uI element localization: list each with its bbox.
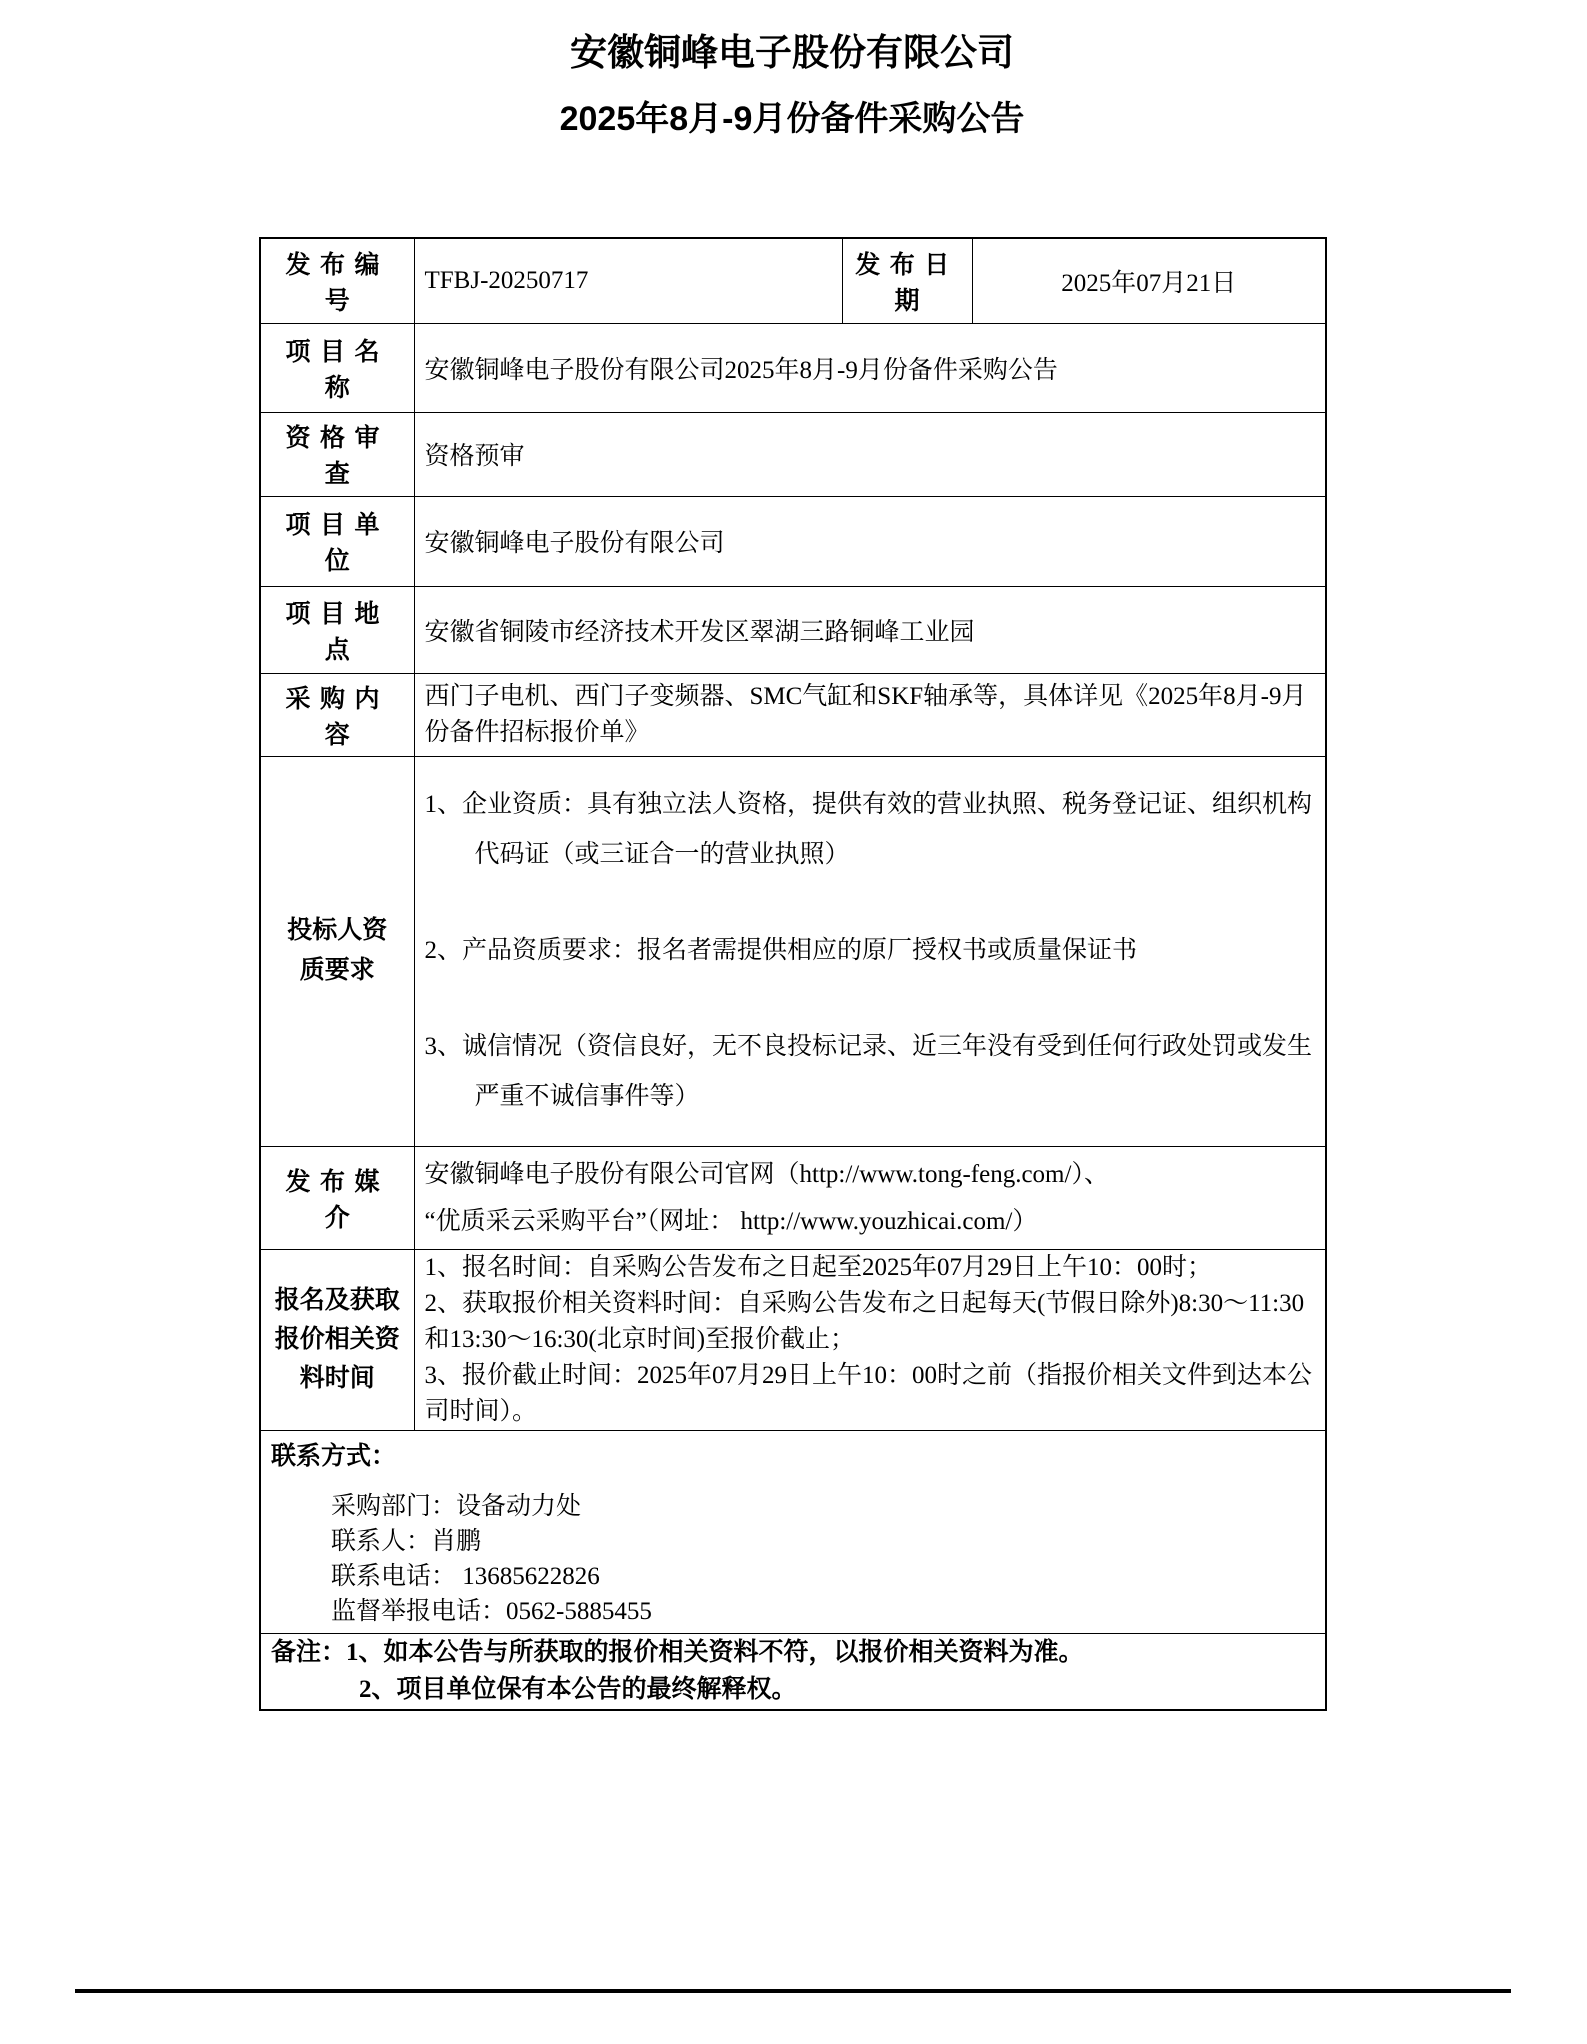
remark-section: 备注：1、如本公告与所获取的报价相关资料不符，以报价相关资料为准。 2、项目单位…: [260, 1633, 1326, 1710]
table-row: 资格审查 资格预审: [260, 412, 1326, 496]
document-page: 安徽铜峰电子股份有限公司 2025年8月-9月份备件采购公告 发布编号 TFBJ…: [0, 0, 1587, 2044]
table-row: 联系方式： 采购部门：设备动力处 联系人：肖鹏 联系电话： 1368562282…: [260, 1430, 1326, 1633]
table-row: 采购内容 西门子电机、西门子变频器、SMC气缸和SKF轴承等，具体详见《2025…: [260, 673, 1326, 756]
table-row: 发布媒介 安徽铜峰电子股份有限公司官网（http://www.tong-feng…: [260, 1146, 1326, 1249]
publish-date-label: 发布日期: [842, 238, 972, 323]
table-row: 发布编号 TFBJ-20250717 发布日期 2025年07月21日: [260, 238, 1326, 323]
table-row: 投标人资质要求 1、企业资质：具有独立法人资格，提供有效的营业执照、税务登记证、…: [260, 756, 1326, 1146]
publish-number-value: TFBJ-20250717: [414, 238, 842, 323]
table-row: 项目名称 安徽铜峰电子股份有限公司2025年8月-9月份备件采购公告: [260, 323, 1326, 412]
contact-section: 联系方式： 采购部门：设备动力处 联系人：肖鹏 联系电话： 1368562282…: [260, 1430, 1326, 1633]
project-name-value: 安徽铜峰电子股份有限公司2025年8月-9月份备件采购公告: [414, 323, 1326, 412]
contact-phone: 联系电话： 13685622826: [271, 1559, 1315, 1594]
schedule-value: 1、报名时间：自采购公告发布之日起至2025年07月29日上午10：00时； 2…: [414, 1249, 1326, 1430]
table-row: 项目单位 安徽铜峰电子股份有限公司: [260, 496, 1326, 586]
project-location-value: 安徽省铜陵市经济技术开发区翠湖三路铜峰工业园: [414, 586, 1326, 673]
qualification-item: 1、企业资质：具有独立法人资格，提供有效的营业执照、税务登记证、组织机构代码证（…: [425, 780, 1316, 880]
supervision-phone: 监督举报电话：0562-5885455: [271, 1594, 1315, 1629]
contact-department: 采购部门：设备动力处: [271, 1489, 1315, 1524]
remark-line: 2、项目单位保有本公告的最终解释权。: [271, 1671, 1315, 1708]
table-row: 项目地点 安徽省铜陵市经济技术开发区翠湖三路铜峰工业园: [260, 586, 1326, 673]
page-subtitle: 2025年8月-9月份备件采购公告: [259, 99, 1325, 139]
procurement-content-value: 西门子电机、西门子变频器、SMC气缸和SKF轴承等，具体详见《2025年8月-9…: [414, 673, 1326, 756]
project-unit-label: 项目单位: [260, 496, 414, 586]
publish-media-label: 发布媒介: [260, 1146, 414, 1249]
schedule-item: 1、报名时间：自采购公告发布之日起至2025年07月29日上午10：00时；: [425, 1250, 1316, 1286]
publish-media-value: 安徽铜峰电子股份有限公司官网（http://www.tong-feng.com/…: [414, 1146, 1326, 1249]
schedule-item: 2、获取报价相关资料时间：自采购公告发布之日起每天(节假日除外)8:30～11:…: [425, 1286, 1316, 1358]
media-line: 安徽铜峰电子股份有限公司官网（http://www.tong-feng.com/…: [425, 1151, 1316, 1198]
table-row: 备注：1、如本公告与所获取的报价相关资料不符，以报价相关资料为准。 2、项目单位…: [260, 1633, 1326, 1710]
bidder-qualification-value: 1、企业资质：具有独立法人资格，提供有效的营业执照、税务登记证、组织机构代码证（…: [414, 756, 1326, 1146]
project-unit-value: 安徽铜峰电子股份有限公司: [414, 496, 1326, 586]
qualification-review-value: 资格预审: [414, 412, 1326, 496]
schedule-item: 3、报价截止时间：2025年07月29日上午10：00时之前（指报价相关文件到达…: [425, 1358, 1316, 1430]
publish-date-value: 2025年07月21日: [972, 238, 1326, 323]
qualification-item: 2、产品资质要求：报名者需提供相应的原厂授权书或质量保证书: [425, 926, 1316, 976]
qualification-item: 3、诚信情况（资信良好，无不良投标记录、近三年没有受到任何行政处罚或发生严重不诚…: [425, 1022, 1316, 1122]
bidder-qualification-label: 投标人资质要求: [260, 756, 414, 1146]
remark-line: 备注：1、如本公告与所获取的报价相关资料不符，以报价相关资料为准。: [271, 1634, 1315, 1671]
schedule-label: 报名及获取报价相关资料时间: [260, 1249, 414, 1430]
publish-number-label: 发布编号: [260, 238, 414, 323]
project-location-label: 项目地点: [260, 586, 414, 673]
qualification-review-label: 资格审查: [260, 412, 414, 496]
table-row: 报名及获取报价相关资料时间 1、报名时间：自采购公告发布之日起至2025年07月…: [260, 1249, 1326, 1430]
contact-heading: 联系方式：: [271, 1435, 1315, 1479]
project-name-label: 项目名称: [260, 323, 414, 412]
procurement-content-label: 采购内容: [260, 673, 414, 756]
media-line: “优质采云采购平台”（网址： http://www.youzhicai.com/…: [425, 1198, 1316, 1245]
page-title: 安徽铜峰电子股份有限公司: [259, 32, 1325, 74]
contact-person: 联系人：肖鹏: [271, 1524, 1315, 1559]
page-footer-divider: [75, 1989, 1511, 1993]
announcement-table: 发布编号 TFBJ-20250717 发布日期 2025年07月21日 项目名称…: [259, 237, 1327, 1711]
